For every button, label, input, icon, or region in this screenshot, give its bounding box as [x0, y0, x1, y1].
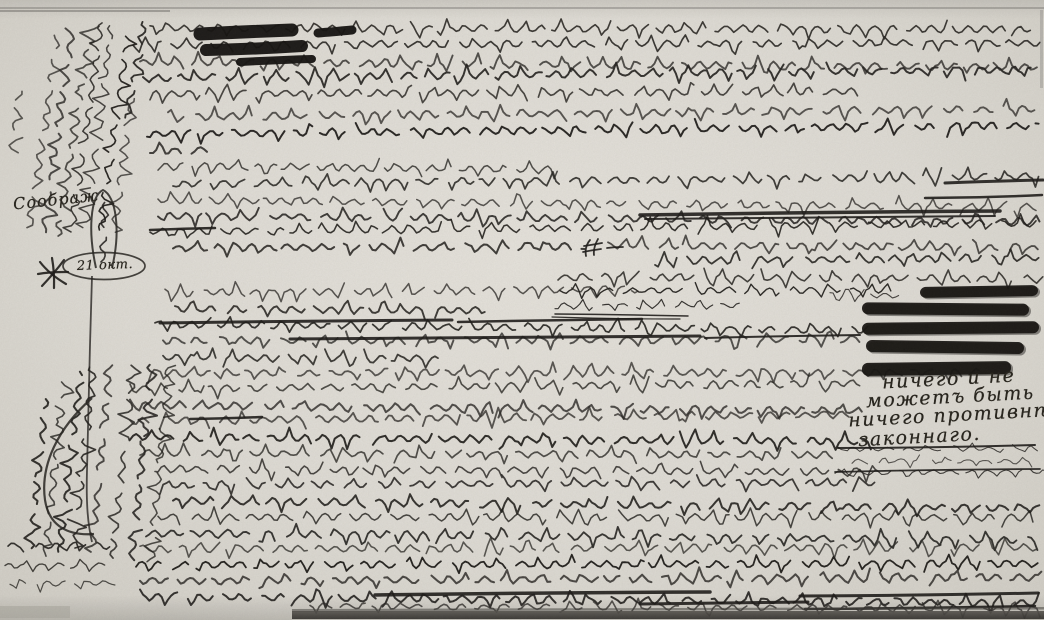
manuscript-page: Соображ 21 окт. ничего и не можетъ быть … [0, 0, 1044, 620]
handwriting-layer [0, 0, 1044, 620]
circled-date: 21 окт. [66, 257, 144, 275]
paper-grain-coarse [0, 0, 1044, 620]
